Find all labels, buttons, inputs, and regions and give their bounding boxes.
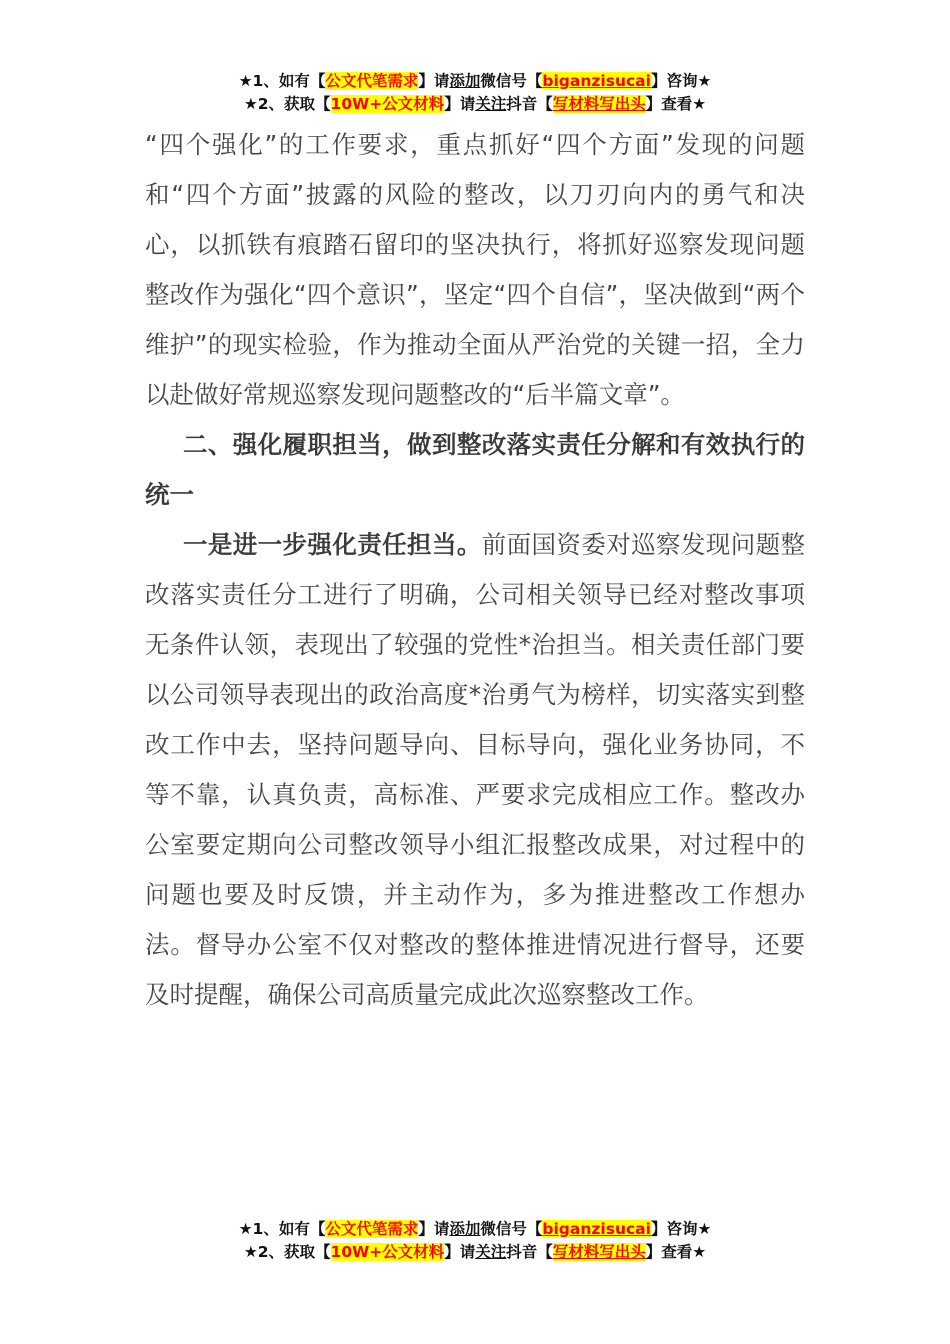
underline-follow: 关注 — [475, 95, 506, 113]
section-heading: 二、强化履职担当，做到整改落实责任分解和有效执行的统一 — [145, 420, 805, 520]
banner-line-2: ★2、获取【10W+公文材料】请关注抖音【写材料写出头】查看★ — [0, 93, 950, 116]
paragraph-lead: 一是进一步强化责任担当。 — [183, 530, 482, 559]
banner-text: ★1、如有【 — [239, 72, 326, 90]
banner-text: 】请 — [418, 1220, 449, 1238]
footer-banner: ★1、如有【公文代笔需求】请添加微信号【biganzisucai】咨询★ ★2、… — [0, 1218, 950, 1264]
banner-text: 微信号【 — [480, 1220, 542, 1238]
banner-text: 微信号【 — [480, 72, 542, 90]
document-body: “四个强化”的工作要求，重点抓好“四个方面”发现的问题和“四个方面”披露的风险的… — [145, 120, 805, 1020]
douyin-account: 写材料写出头 — [553, 1243, 646, 1261]
banner-text: 】查看★ — [646, 1243, 706, 1261]
paragraph-continuation: “四个强化”的工作要求，重点抓好“四个方面”发现的问题和“四个方面”披露的风险的… — [145, 120, 805, 420]
banner-line-2: ★2、获取【10W+公文材料】请关注抖音【写材料写出头】查看★ — [0, 1241, 950, 1264]
banner-line-1: ★1、如有【公文代笔需求】请添加微信号【biganzisucai】咨询★ — [0, 70, 950, 93]
highlight-ghostwriting: 公文代笔需求 — [325, 72, 418, 90]
underline-add: 添加 — [449, 1220, 480, 1238]
banner-line-1: ★1、如有【公文代笔需求】请添加微信号【biganzisucai】咨询★ — [0, 1218, 950, 1241]
banner-text: 】请 — [444, 1243, 475, 1261]
banner-text: 】请 — [444, 95, 475, 113]
paragraph-responsibility: 一是进一步强化责任担当。前面国资委对巡察发现问题整改落实责任分工进行了明确，公司… — [145, 520, 805, 1020]
banner-text: ★2、获取【 — [244, 1243, 331, 1261]
wechat-id: biganzisucai — [542, 72, 651, 90]
banner-text: 抖音【 — [506, 1243, 553, 1261]
underline-add: 添加 — [449, 72, 480, 90]
highlight-materials: 10W+公文材料 — [331, 95, 445, 113]
wechat-id: biganzisucai — [542, 1220, 651, 1238]
paragraph-text: 前面国资委对巡察发现问题整改落实责任分工进行了明确，公司相关领导已经对整改事项无… — [145, 530, 805, 1009]
banner-text: 】查看★ — [646, 95, 706, 113]
banner-text: ★2、获取【 — [244, 95, 331, 113]
highlight-ghostwriting: 公文代笔需求 — [325, 1220, 418, 1238]
banner-text: 抖音【 — [506, 95, 553, 113]
highlight-materials: 10W+公文材料 — [331, 1243, 445, 1261]
douyin-account: 写材料写出头 — [553, 95, 646, 113]
underline-follow: 关注 — [475, 1243, 506, 1261]
header-banner: ★1、如有【公文代笔需求】请添加微信号【biganzisucai】咨询★ ★2、… — [0, 70, 950, 116]
banner-text: ★1、如有【 — [239, 1220, 326, 1238]
banner-text: 】咨询★ — [651, 1220, 711, 1238]
banner-text: 】咨询★ — [651, 72, 711, 90]
banner-text: 】请 — [418, 72, 449, 90]
